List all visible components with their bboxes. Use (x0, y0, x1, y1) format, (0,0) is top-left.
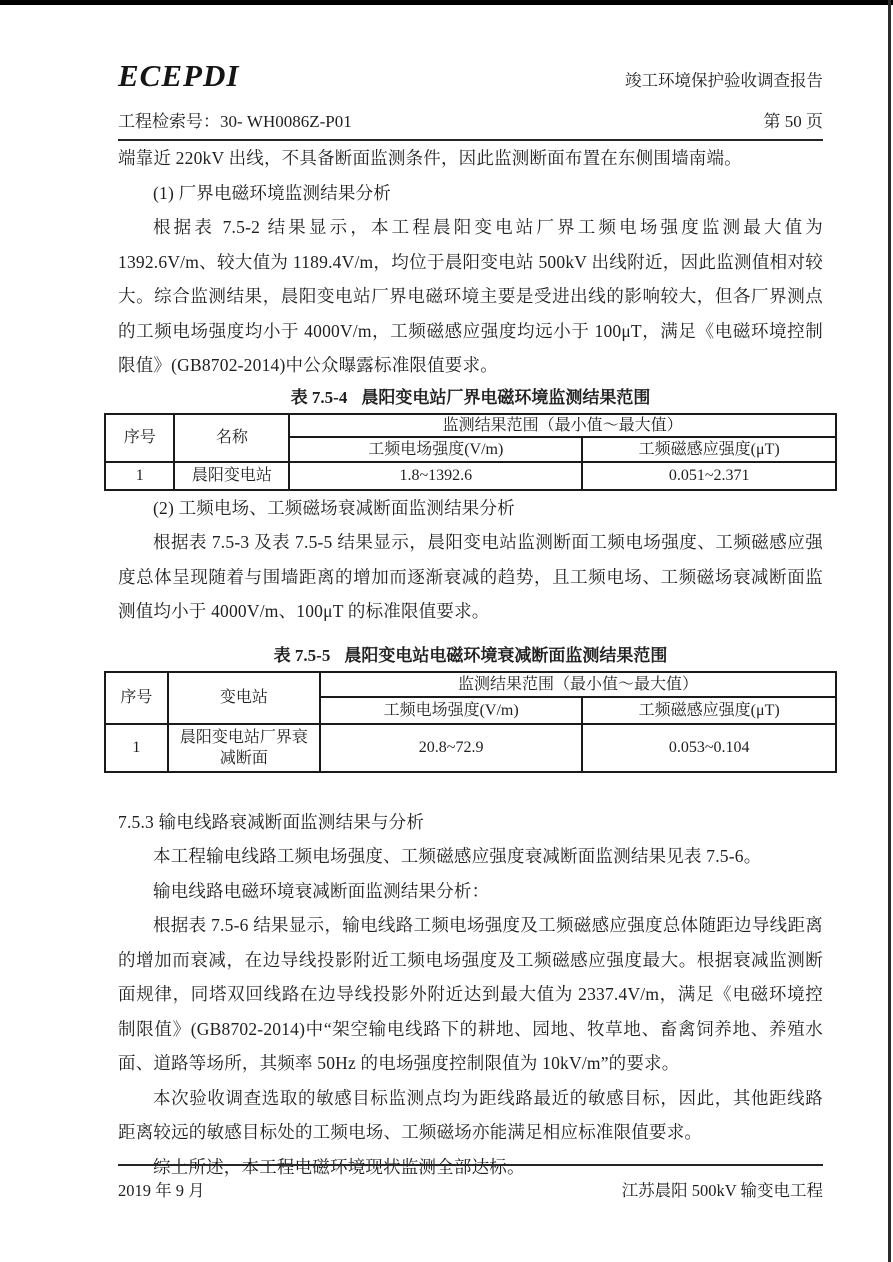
col-header-result-range: 监测结果范围（最小值～最大值） (289, 414, 836, 437)
table-7-5-5-caption-title: 晨阳变电站电磁环境衰减断面监测结果范围 (344, 646, 667, 665)
table-7-5-5-caption: 表 7.5-5晨阳变电站电磁环境衰减断面监测结果范围 (118, 643, 823, 668)
col-header-name: 名称 (174, 414, 289, 462)
report-title: 竣工环境保护验收调查报告 (625, 67, 823, 94)
footer-rule (118, 1164, 823, 1166)
table-7-5-4-caption-label: 表 7.5-4 (291, 388, 348, 407)
col-header-efield: 工频电场强度(V/m) (289, 437, 582, 462)
section-paragraph-d: 本次验收调查选取的敏感目标监测点均为距线路最近的敏感目标，因此，其他距线路距离较… (118, 1081, 823, 1150)
footer-project-name: 江苏晨阳 500kV 输变电工程 (622, 1177, 823, 1201)
item1-paragraph: 根据表 7.5-2 结果显示，本工程晨阳变电站厂界工频电场强度监测最大值为 13… (118, 210, 823, 383)
col-header-substation: 变电站 (168, 672, 320, 724)
cell-name: 晨阳变电站 (174, 462, 289, 490)
col-header-seq: 序号 (105, 414, 174, 462)
paragraph-continuation: 端靠近 220kV 出线，不具备断面监测条件，因此监测断面布置在东侧围墙南端。 (118, 141, 823, 176)
cell-efield-range: 1.8~1392.6 (289, 462, 582, 490)
table-row: 1 晨阳变电站 1.8~1392.6 0.051~2.371 (105, 462, 836, 490)
item2-heading: (2) 工频电场、工频磁场衰减断面监测结果分析 (118, 491, 823, 526)
ecepdi-logo: ECEPDI (118, 58, 239, 94)
table-7-5-4-caption-title: 晨阳变电站厂界电磁环境监测结果范围 (361, 388, 650, 407)
col-header-mfield: 工频磁感应强度(μT) (582, 437, 836, 462)
table-7-5-4: 序号 名称 监测结果范围（最小值～最大值） 工频电场强度(V/m) 工频磁感应强… (104, 413, 837, 491)
page-header: ECEPDI 竣工环境保护验收调查报告 工程检索号：30- WH0086Z-P0… (118, 58, 823, 141)
document-page: ECEPDI 竣工环境保护验收调查报告 工程检索号：30- WH0086Z-P0… (118, 0, 823, 1184)
header-meta-row: 工程检索号：30- WH0086Z-P01 第 50 页 (118, 107, 823, 132)
brand-row: ECEPDI 竣工环境保护验收调查报告 (118, 58, 823, 94)
cell-seq: 1 (105, 724, 168, 772)
col-header-result-range: 监测结果范围（最小值～最大值） (320, 672, 836, 697)
table-row: 1 晨阳变电站厂界衰减断面 20.8~72.9 0.053~0.104 (105, 724, 836, 772)
footer-date: 2019 年 9 月 (118, 1177, 205, 1201)
cell-substation: 晨阳变电站厂界衰减断面 (168, 724, 320, 772)
section-paragraph-b: 输电线路电磁环境衰减断面监测结果分析： (118, 874, 823, 909)
page-number: 第 50 页 (764, 107, 824, 132)
cell-mfield-range: 0.053~0.104 (582, 724, 836, 772)
col-header-efield: 工频电场强度(V/m) (320, 697, 582, 724)
table-row: 序号 名称 监测结果范围（最小值～最大值） (105, 414, 836, 437)
table-7-5-5: 序号 变电站 监测结果范围（最小值～最大值） 工频电场强度(V/m) 工频磁感应… (104, 671, 837, 773)
item2-paragraph: 根据表 7.5-3 及表 7.5-5 结果显示，晨阳变电站监测断面工频电场强度、… (118, 525, 823, 629)
section-7-5-3-heading: 7.5.3 输电线路衰减断面监测结果与分析 (118, 805, 823, 840)
cell-mfield-range: 0.051~2.371 (582, 462, 836, 490)
document-body: 端靠近 220kV 出线，不具备断面监测条件，因此监测断面布置在东侧围墙南端。 … (118, 141, 823, 1184)
section-paragraph-a: 本工程输电线路工频电场强度、工频磁感应强度衰减断面监测结果见表 7.5-6。 (118, 839, 823, 874)
cell-seq: 1 (105, 462, 174, 490)
col-header-seq: 序号 (105, 672, 168, 724)
table-7-5-4-caption: 表 7.5-4晨阳变电站厂界电磁环境监测结果范围 (118, 385, 823, 410)
table-row: 序号 变电站 监测结果范围（最小值～最大值） (105, 672, 836, 697)
col-header-mfield: 工频磁感应强度(μT) (582, 697, 836, 724)
table-7-5-5-caption-label: 表 7.5-5 (274, 646, 331, 665)
right-border-line (888, 0, 891, 1262)
section-paragraph-c: 根据表 7.5-6 结果显示，输电线路工频电场强度及工频磁感应强度总体随距边导线… (118, 908, 823, 1081)
footer-row: 2019 年 9 月 江苏晨阳 500kV 输变电工程 (118, 1177, 823, 1201)
item1-heading: (1) 厂界电磁环境监测结果分析 (118, 176, 823, 211)
cell-efield-range: 20.8~72.9 (320, 724, 582, 772)
project-index-number: 工程检索号：30- WH0086Z-P01 (118, 107, 352, 132)
page-footer: 2019 年 9 月 江苏晨阳 500kV 输变电工程 (118, 1164, 823, 1201)
